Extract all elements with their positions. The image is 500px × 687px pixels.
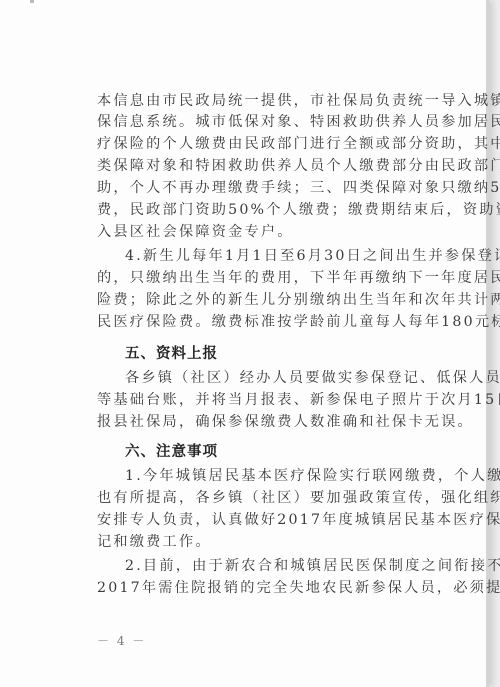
paragraph-line: 入县区社会保障资金专户。	[97, 222, 437, 242]
paragraph-line: 2.目前，由于新农合和城镇居民医保制度之间衔接不畅通，	[125, 556, 437, 576]
paragraph-line: 民医疗保险费。缴费标准按学龄前儿童每人每年180元标准执行。	[97, 312, 437, 332]
page-number: － 4 －	[97, 632, 146, 649]
paragraph-line: 安排专人负责，认真做好2017年度城镇居民基本医疗保险参保登	[97, 510, 437, 530]
paragraph-line: 2017年需住院报销的完全失地农民新参保人员，必须提前向县合	[97, 578, 437, 598]
section-heading-notes: 六、注意事项	[125, 440, 218, 461]
paragraph-line: 记和缴费工作。	[97, 532, 437, 552]
paragraph-line: 助，个人不再办理缴费手续；三、四类保障对象只缴纳50%个人缴	[97, 178, 437, 198]
paragraph-line: 各乡镇（社区）经办人员要做实参保登记、低保人员花名册	[125, 368, 437, 388]
paragraph-line: 疗保险的个人缴费由民政部门进行全额或部分资助，其中一、二	[97, 134, 437, 154]
paragraph-line: 等基础台账，并将当月报表、新参保电子照片于次月15日之前上	[97, 390, 437, 410]
section-heading-materials-report: 五、资料上报	[125, 342, 218, 363]
paragraph-line: 险费；除此之外的新生儿分别缴纳出生当年和次年共计两年的居	[97, 290, 437, 310]
paragraph-line: 也有所提高，各乡镇（社区）要加强政策宣传，强化组织领导，	[97, 488, 437, 508]
paragraph-line: 费，民政部门资助50%个人缴费；缴费期结束后，资助资金直接存	[97, 200, 437, 220]
paragraph-line: 报县社保局，确保参保缴费人数准确和社保卡无误。	[97, 412, 437, 432]
paragraph-line: 1.今年城镇居民基本医疗保险实行联网缴费，个人缴费标准	[125, 466, 437, 486]
paragraph-line: 的，只缴纳出生当年的费用，下半年再缴纳下一年度居民医疗保	[97, 268, 437, 288]
paragraph-line: 本信息由市民政局统一提供，市社保局负责统一导入城镇居民医	[97, 91, 437, 111]
paragraph-line: 4.新生儿每年1月1日至6月30日之间出生并参保登记缴费	[125, 246, 437, 266]
scan-edge-mark	[30, 0, 34, 3]
paragraph-line: 类保障对象和特困救助供养人员个人缴费部分由民政部门全额资	[97, 156, 437, 176]
paragraph-line: 保信息系统。城市低保对象、特困救助供养人员参加居民基本医	[97, 112, 437, 132]
document-page: 本信息由市民政局统一提供，市社保局负责统一导入城镇居民医 保信息系统。城市低保对…	[0, 0, 489, 687]
